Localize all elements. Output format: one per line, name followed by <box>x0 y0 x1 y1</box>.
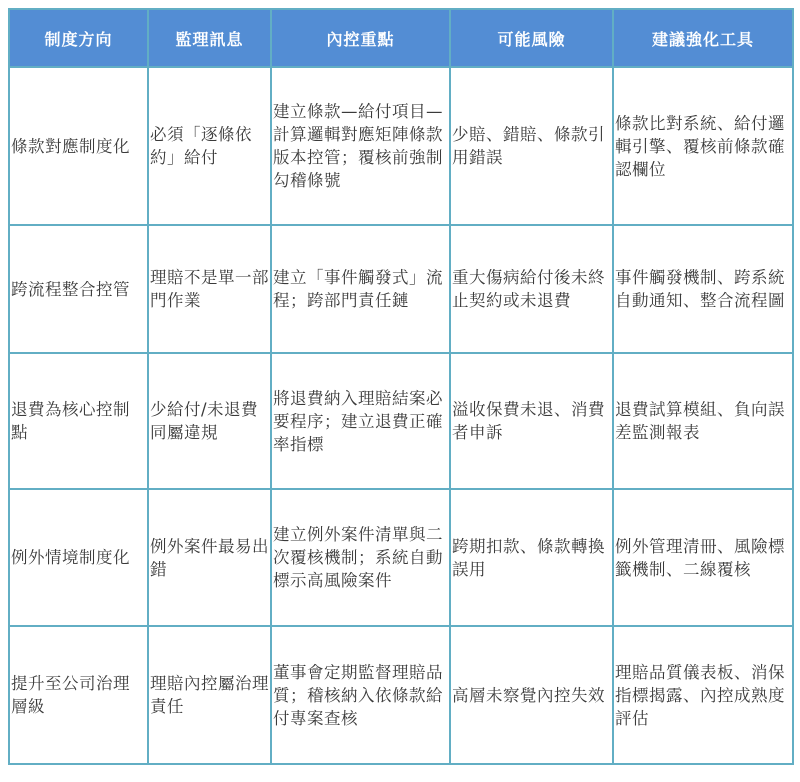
cell-text: 跨流程整合控管 <box>11 278 146 301</box>
cell-direction: 例外情境制度化 <box>9 489 148 626</box>
cell-text: 董事會定期監督理賠品質；稽核納入依條款給付專案查核 <box>273 661 448 730</box>
cell-text: 退費試算模組、負向誤差監測報表 <box>615 398 791 444</box>
cell-text: 將退費納入理賠結案必要程序；建立退費正確率指標 <box>273 387 448 456</box>
cell-text: 少給付/未退費同屬違規 <box>150 398 269 444</box>
cell-text: 必須「逐條依約」給付 <box>150 123 269 169</box>
cell-text: 例外管理清冊、風險標籤機制、二線覆核 <box>615 535 791 581</box>
internal-control-table: 制度方向 監理訊息 內控重點 可能風險 建議強化工具 條款對應制度化 必須「逐條… <box>8 8 794 765</box>
cell-direction: 跨流程整合控管 <box>9 225 148 353</box>
cell-tools: 退費試算模組、負向誤差監測報表 <box>613 353 793 489</box>
cell-text: 例外案件最易出錯 <box>150 535 269 581</box>
table-row: 跨流程整合控管 理賠不是單一部門作業 建立「事件觸發式」流程；跨部門責任鏈 重大… <box>9 225 793 353</box>
header-row: 制度方向 監理訊息 內控重點 可能風險 建議強化工具 <box>9 9 793 67</box>
cell-risk: 高層未察覺內控失效 <box>450 626 613 764</box>
cell-tools: 事件觸發機制、跨系統自動通知、整合流程圖 <box>613 225 793 353</box>
header-tools: 建議強化工具 <box>613 9 793 67</box>
cell-risk: 跨期扣款、條款轉換誤用 <box>450 489 613 626</box>
cell-message: 理賠不是單一部門作業 <box>148 225 271 353</box>
cell-tools: 條款比對系統、給付邏輯引擎、覆核前條款確認欄位 <box>613 67 793 225</box>
table-body: 條款對應制度化 必須「逐條依約」給付 建立條款—給付項目—計算邏輯對應矩陣條款版… <box>9 67 793 764</box>
cell-text: 建立條款—給付項目—計算邏輯對應矩陣條款版本控管；覆核前強制勾稽條號 <box>273 100 448 192</box>
cell-text: 少賠、錯賠、條款引用錯誤 <box>452 123 611 169</box>
cell-control: 建立例外案件清單與二次覆核機制；系統自動標示高風險案件 <box>271 489 450 626</box>
cell-message: 少給付/未退費同屬違規 <box>148 353 271 489</box>
header-message: 監理訊息 <box>148 9 271 67</box>
cell-control: 董事會定期監督理賠品質；稽核納入依條款給付專案查核 <box>271 626 450 764</box>
table-row: 例外情境制度化 例外案件最易出錯 建立例外案件清單與二次覆核機制；系統自動標示高… <box>9 489 793 626</box>
cell-text: 條款對應制度化 <box>11 135 146 158</box>
cell-message: 必須「逐條依約」給付 <box>148 67 271 225</box>
cell-text: 建立「事件觸發式」流程；跨部門責任鏈 <box>273 266 448 312</box>
cell-risk: 溢收保費未退、消費者申訴 <box>450 353 613 489</box>
cell-control: 建立條款—給付項目—計算邏輯對應矩陣條款版本控管；覆核前強制勾稽條號 <box>271 67 450 225</box>
table-row: 條款對應制度化 必須「逐條依約」給付 建立條款—給付項目—計算邏輯對應矩陣條款版… <box>9 67 793 225</box>
cell-text: 理賠品質儀表板、消保指標揭露、內控成熟度評估 <box>615 661 791 730</box>
header-control: 內控重點 <box>271 9 450 67</box>
cell-direction: 條款對應制度化 <box>9 67 148 225</box>
cell-text: 建立例外案件清單與二次覆核機制；系統自動標示高風險案件 <box>273 523 448 592</box>
cell-direction: 提升至公司治理層級 <box>9 626 148 764</box>
table-header: 制度方向 監理訊息 內控重點 可能風險 建議強化工具 <box>9 9 793 67</box>
cell-text: 例外情境制度化 <box>11 546 146 569</box>
table-container: 制度方向 監理訊息 內控重點 可能風險 建議強化工具 條款對應制度化 必須「逐條… <box>8 8 794 765</box>
cell-tools: 例外管理清冊、風險標籤機制、二線覆核 <box>613 489 793 626</box>
cell-message: 理賠內控屬治理責任 <box>148 626 271 764</box>
cell-text: 跨期扣款、條款轉換誤用 <box>452 535 611 581</box>
cell-risk: 重大傷病給付後未終止契約或未退費 <box>450 225 613 353</box>
header-risk: 可能風險 <box>450 9 613 67</box>
table-row: 提升至公司治理層級 理賠內控屬治理責任 董事會定期監督理賠品質；稽核納入依條款給… <box>9 626 793 764</box>
table-row: 退費為核心控制點 少給付/未退費同屬違規 將退費納入理賠結案必要程序；建立退費正… <box>9 353 793 489</box>
cell-text: 退費為核心控制點 <box>11 398 146 444</box>
cell-text: 提升至公司治理層級 <box>11 672 146 718</box>
cell-text: 條款比對系統、給付邏輯引擎、覆核前條款確認欄位 <box>615 112 791 181</box>
cell-text: 事件觸發機制、跨系統自動通知、整合流程圖 <box>615 266 791 312</box>
cell-control: 將退費納入理賠結案必要程序；建立退費正確率指標 <box>271 353 450 489</box>
cell-text: 溢收保費未退、消費者申訴 <box>452 398 611 444</box>
cell-text: 理賠內控屬治理責任 <box>150 672 269 718</box>
cell-direction: 退費為核心控制點 <box>9 353 148 489</box>
cell-tools: 理賠品質儀表板、消保指標揭露、內控成熟度評估 <box>613 626 793 764</box>
cell-control: 建立「事件觸發式」流程；跨部門責任鏈 <box>271 225 450 353</box>
cell-text: 重大傷病給付後未終止契約或未退費 <box>452 266 611 312</box>
cell-message: 例外案件最易出錯 <box>148 489 271 626</box>
cell-risk: 少賠、錯賠、條款引用錯誤 <box>450 67 613 225</box>
cell-text: 高層未察覺內控失效 <box>452 684 611 707</box>
cell-text: 理賠不是單一部門作業 <box>150 266 269 312</box>
header-direction: 制度方向 <box>9 9 148 67</box>
